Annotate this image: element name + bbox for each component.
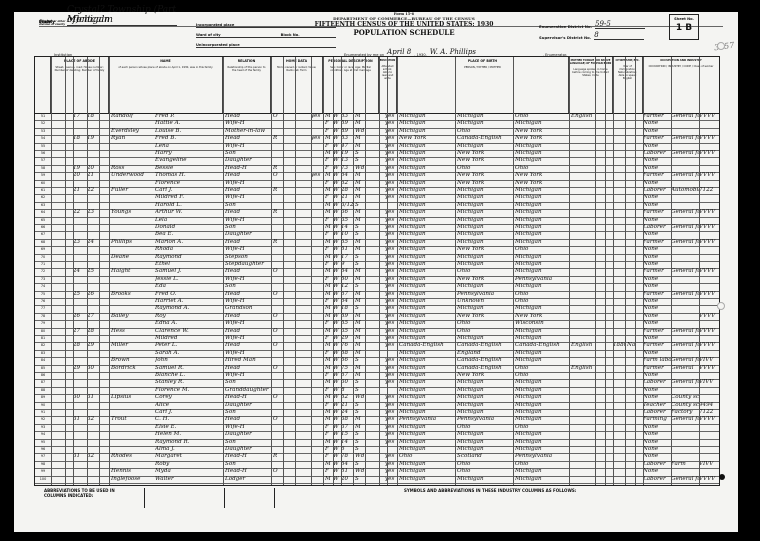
header-home-data: HOME DATAHome owned or rented; Value; Ra…	[271, 57, 323, 113]
incorporated-place-label: Incorporated place	[196, 23, 234, 27]
column-divider	[333, 57, 334, 485]
sheet-number-value: 1 B	[670, 23, 698, 33]
header-personal-description: PERSONAL DESCRIPTIONSex; Color or race; …	[323, 57, 379, 113]
cell-code: VVVV	[699, 476, 717, 484]
header-relation: RELATIONRelationship of this person to t…	[223, 57, 271, 113]
column-divider	[643, 57, 644, 485]
sheet-footer: ABBREVIATIONS TO BE USED IN COLUMNS INDI…	[34, 486, 718, 512]
cell-tongue	[571, 476, 595, 484]
column-divider	[311, 57, 312, 485]
cell-industry: General farm	[671, 476, 699, 484]
column-divider	[699, 57, 700, 485]
header-mother-tongue: MOTHER TONGUE (OR NATIVE LANGUAGE) OF FO…	[569, 57, 613, 113]
population-table: PLACE OF ABODEStreet, avenue, road; Hous…	[34, 56, 720, 486]
supervisor-district-value: 8	[594, 31, 644, 40]
cell-family	[87, 476, 99, 484]
abbreviation-box-1	[144, 488, 218, 508]
cell-sex: M	[325, 476, 333, 484]
column-divider	[51, 57, 52, 485]
cell-marital: S	[355, 476, 365, 484]
cell-owned	[273, 476, 283, 484]
abbreviations-title: ABBREVIATIONS TO BE USED IN COLUMNS INDI…	[44, 488, 134, 498]
column-divider	[365, 57, 366, 485]
column-divider	[595, 57, 596, 485]
cell-farm	[311, 476, 323, 484]
cell-race: W	[333, 476, 341, 484]
census-sheet: StateMichigan CountyMontcalm Township or…	[14, 12, 738, 532]
column-divider	[99, 57, 100, 485]
unincorporated-place-label: Unincorporated place	[196, 43, 240, 47]
abbreviation-box-3	[274, 488, 338, 508]
column-divider	[387, 57, 388, 485]
cell-birth-person: Michigan	[399, 476, 455, 484]
township-value: Crystal? Township (Part of)	[67, 5, 177, 26]
column-divider	[625, 57, 626, 485]
column-divider	[295, 57, 296, 485]
column-divider	[353, 57, 354, 485]
sheet-header: StateMichigan CountyMontcalm Township or…	[14, 12, 738, 56]
column-divider	[223, 57, 224, 485]
cell-birth-mother: Michigan	[515, 476, 569, 484]
column-divider	[605, 57, 606, 485]
column-divider	[65, 57, 66, 485]
table-row: 100InglefooseWalterLodgerMW20SyesMichiga…	[35, 476, 719, 484]
column-divider	[73, 57, 74, 485]
column-divider	[87, 57, 88, 485]
cell-age: 20	[341, 476, 353, 484]
cell-line: 100	[35, 476, 51, 484]
column-divider	[671, 57, 672, 485]
column-divider	[379, 57, 380, 485]
column-divider	[397, 57, 398, 485]
column-divider	[613, 57, 614, 485]
district-fields: Enumeration District No.59-5 Supervisor'…	[539, 18, 645, 40]
schedule-title: POPULATION SCHEDULE	[304, 28, 504, 37]
punch-hole-middle	[717, 302, 725, 310]
header-place-of-birth: PLACE OF BIRTHPERSON / FATHER / MOTHER	[397, 57, 569, 113]
column-divider	[109, 57, 110, 485]
block-label: Block No.	[281, 33, 300, 37]
column-headers: PLACE OF ABODEStreet, avenue, road; Hous…	[35, 57, 719, 114]
header-occupation: OCCUPATION AND INDUSTRYOCCUPATION / INDU…	[643, 57, 719, 113]
cell-given: Walter	[155, 476, 221, 484]
header-name: NAMEof each person whose place of abode …	[109, 57, 223, 113]
supervisor-district-label: Supervisor's District No.	[539, 35, 591, 40]
cell-immigration	[613, 476, 625, 484]
enumeration-district-value: 59-5	[595, 20, 645, 29]
ward-label: Ward of city	[196, 33, 221, 37]
column-divider	[283, 57, 284, 485]
header-citizenship: CITIZENSHIP, ETC.Year of immigration; Na…	[613, 57, 643, 113]
header-education: EDUCATIONAttended school; Able to read a…	[379, 57, 397, 113]
cell-birth-father: Michigan	[457, 476, 513, 484]
line-number-header	[35, 57, 51, 113]
column-divider	[513, 57, 514, 485]
cell-naturalization	[627, 476, 635, 484]
title-block: Form 15-6 DEPARTMENT OF COMMERCE—BUREAU …	[304, 12, 504, 37]
enumeration-district-label: Enumeration District No.	[539, 24, 592, 29]
sheet-number-label: Sheet No.	[670, 17, 698, 21]
cell-surname: Inglefoose	[111, 476, 153, 484]
column-divider	[569, 57, 570, 485]
sheet-number-box: Sheet No. 1 B	[669, 14, 699, 40]
cell-relation: Lodger	[225, 476, 271, 484]
column-divider	[635, 57, 636, 485]
instructions-title: SYMBOLS AND ABBREVIATIONS IN THESE INDUS…	[404, 488, 576, 493]
cell-occupation: Laborer	[643, 476, 671, 484]
township-label: Township or other division of county	[39, 20, 67, 26]
abbreviation-box-2	[224, 488, 268, 508]
column-divider	[455, 57, 456, 485]
punch-hole-top	[717, 42, 725, 50]
header-place-of-abode: PLACE OF ABODEStreet, avenue, road; Hous…	[51, 57, 109, 113]
column-divider	[341, 57, 342, 485]
cell-dwelling	[73, 476, 85, 484]
column-divider	[271, 57, 272, 485]
census-title: FIFTEENTH CENSUS OF THE UNITED STATES: 1…	[304, 21, 504, 28]
punch-hole-bottom	[719, 474, 725, 480]
column-divider	[323, 57, 324, 485]
